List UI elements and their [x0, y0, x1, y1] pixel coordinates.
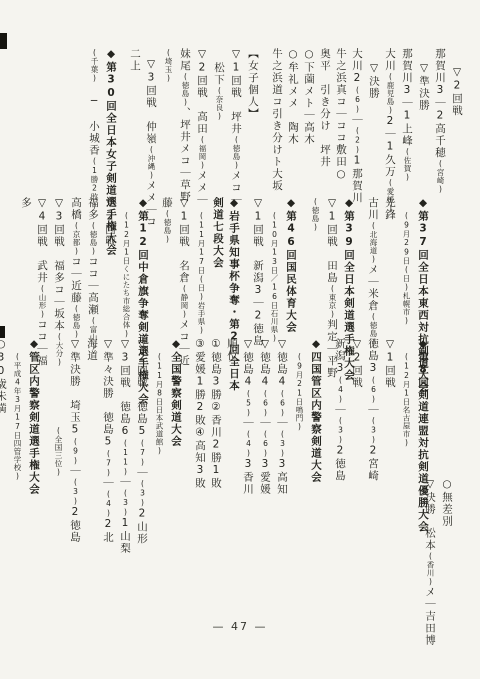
text-run: コ｜近藤	[70, 256, 82, 304]
text-column: 奥平 引き分け 坪井	[317, 48, 332, 198]
text-column: 藤(徳島)	[159, 197, 175, 335]
text-column: 多	[18, 197, 33, 335]
text-column: (埼玉)	[160, 48, 176, 198]
annotation-run: (千葉)	[90, 48, 99, 83]
text-run: ▽徳島4	[276, 338, 288, 389]
text-run: 2山形	[136, 508, 148, 546]
text-run: 多	[20, 197, 32, 209]
text-run: ▽2回戦	[451, 66, 463, 117]
text-run: ｜	[259, 418, 271, 430]
text-column: ○無差別	[439, 478, 454, 618]
text-run: 牛之浜真コ｜ココ敷田○	[335, 48, 347, 182]
text-run: 藤	[161, 197, 173, 209]
text-column: ▽3回戦 福多コ｜坂本(大分)	[51, 197, 67, 335]
text-run: 2徳島	[69, 506, 81, 544]
text-column: 二上	[127, 48, 142, 198]
text-run: 順位	[226, 338, 238, 362]
text-run: ▽1回戦 新潟3｜2徳島	[252, 197, 264, 347]
annotation-run: (全国三位)	[54, 426, 63, 477]
text-run: ▽決勝	[368, 62, 380, 100]
text-run: 3高知	[276, 458, 288, 496]
band-4-open-division: ○無差別▽決勝 松本(香川)メ｜吉田博	[421, 478, 454, 618]
text-run: 2｜1久万	[384, 115, 396, 178]
annotation-run: (3)	[71, 478, 80, 507]
text-column: ▽3回戦 仲嶺(沖縄)メメ｜コ	[143, 58, 159, 198]
text-run: ◆四国管区内警察剣道大会	[310, 338, 322, 484]
text-run: 1山梨	[119, 517, 131, 555]
text-column: 高橋(京都)コ｜近藤(徳島)	[68, 197, 84, 335]
section-header: ◆管区内警察剣道選手権大会	[26, 338, 41, 498]
band-1-team-and-women-individual: ▽2回戦那賀川3｜2高千穂(宮崎)▽準決勝那賀川3｜1上峰(佐賀)大川(鹿児島)…	[85, 48, 464, 198]
text-run: ▽1回戦 田島	[326, 197, 338, 284]
text-run: ○下薗メト｜高木	[303, 48, 315, 146]
text-run: 徳島3	[367, 338, 379, 376]
text-column: 大川2(6)｜(2)1那賀川	[349, 48, 365, 198]
section-header: ◆第37回全日本東西対抗剣道大会	[415, 197, 430, 335]
text-run: ｜	[334, 404, 346, 416]
text-column: 新潟3(4)｜(3)2徳島	[332, 338, 348, 498]
annotation-run: (北海道)	[369, 221, 378, 264]
annotation-run: (6)	[278, 389, 287, 418]
text-run: 剣道七段大会	[212, 197, 224, 269]
text-column: ▽2回戦 徳島5(7)｜(3)2山形	[134, 338, 150, 498]
text-run: ｜	[136, 467, 148, 479]
text-column: ▽決勝	[366, 62, 381, 198]
text-run: メ｜吉田博	[424, 587, 436, 647]
text-run: メ｜米倉	[367, 264, 379, 312]
text-column: (9月29日(日)札幌市)	[398, 211, 414, 335]
text-column: 大川(鹿児島)2｜1久万(愛媛)	[382, 48, 398, 198]
text-run: ◆全国警察剣道大会	[170, 338, 182, 448]
text-run: ▽徳島4	[242, 338, 254, 389]
text-run: ▽2回戦 高田	[196, 48, 208, 135]
text-column: ▽1回戦 新潟3｜2徳島	[250, 197, 265, 335]
text-column: ▽1回戦 田島(東京)判定｜平野	[324, 197, 340, 335]
section-header: ◆第12回中倉旗争奪剣道選手権大会	[135, 197, 150, 335]
annotation-run: (3)	[121, 489, 130, 518]
text-run: ▽1回戦 名倉	[178, 197, 190, 284]
band-3-police-tournaments: ◆第8回剣道連盟対抗剣道優勝大会(12月1日名古屋市)▽1回戦徳島3(6)｜(3…	[0, 338, 430, 498]
text-run: 古川	[367, 197, 379, 221]
annotation-run: (3)	[369, 416, 378, 445]
text-column: 【女子個人】	[245, 48, 260, 198]
text-column: ▽2回戦	[349, 338, 364, 498]
text-run: 牛之浜道コ引き分けト大坂	[271, 48, 283, 192]
text-run: 奥平 引き分け 坪井	[319, 48, 331, 168]
text-column: ①徳島3勝②香川2勝1敗	[208, 338, 223, 498]
annotation-run: (鹿児島)	[386, 72, 395, 115]
text-column: 順位	[224, 338, 239, 498]
annotation-run: (6)	[261, 389, 270, 418]
annotation-run: (宮崎)	[436, 159, 445, 194]
text-run: 3香川	[242, 458, 254, 496]
text-column: ③愛媛1勝2敗④高知3敗	[192, 338, 207, 498]
text-column: 松下(奈良)	[211, 62, 227, 198]
annotation-run: (12月1日くにたち市総合体)	[122, 211, 131, 339]
text-run: ▽3回戦 仲嶺	[145, 58, 157, 145]
section-header: ◆第8回剣道連盟対抗剣道優勝大会	[415, 338, 430, 498]
annotation-run: (平成4年3月17日四管学校)	[13, 352, 22, 481]
text-run: 高橋	[70, 197, 82, 221]
text-column: (10月13日／16日石川県)	[266, 211, 282, 335]
text-run: ▽1回戦	[384, 338, 396, 389]
text-run: ▽2回戦 徳島5	[136, 338, 148, 439]
text-column: ▽1回戦 坪井(徳島)メコ｜	[228, 48, 244, 198]
annotation-run: (9)	[71, 437, 80, 466]
annotation-run: (7)	[104, 449, 113, 478]
text-column: 牛之浜道コ引き分けト大坂	[269, 48, 284, 198]
scan-artifact-top	[0, 33, 7, 49]
annotation-run: (3)	[138, 479, 147, 508]
text-run: ｜	[69, 466, 81, 478]
text-run: ｜	[242, 418, 254, 430]
annotation-run: (6)	[353, 86, 362, 115]
text-column: (9月21日鳴門)	[291, 352, 307, 498]
text-column: 海道	[84, 338, 99, 498]
annotation-run: (10月13日／16日石川県)	[270, 211, 279, 343]
text-run: ○30歳未満	[0, 338, 7, 415]
text-run: 3愛媛	[259, 458, 271, 496]
text-run: ｜	[119, 477, 131, 489]
annotation-run: (奈良)	[215, 86, 224, 121]
text-run: ｜	[351, 114, 363, 126]
annotation-run: (4)	[244, 430, 253, 459]
text-run: ▽準々決勝 徳島5	[102, 338, 114, 449]
text-run: 2徳島	[334, 445, 346, 483]
text-run: 小城香	[88, 121, 100, 157]
text-run: 海道	[86, 338, 98, 362]
annotation-run: (徳島)	[311, 197, 320, 232]
text-run: 那賀川3｜2高千穂	[434, 48, 446, 159]
text-column: 古川(北海道)メ｜米倉(徳島)	[365, 197, 381, 335]
annotation-run: (4)	[104, 490, 113, 519]
annotation-run: (2)	[353, 126, 362, 155]
text-run: ○無差別	[441, 478, 453, 528]
text-column: ▽2回戦 高田(福岡)メメ｜	[194, 48, 210, 198]
annotation-run: (4)	[336, 376, 345, 405]
text-column: 妹尾(徳島)、坪井メコ｜草野	[177, 48, 193, 198]
annotation-run: (5)	[244, 389, 253, 418]
annotation-run: (12月1日名古屋市)	[402, 352, 411, 448]
text-run: 二上	[129, 48, 141, 72]
text-run: ▽4回戦 武井	[36, 197, 48, 284]
annotation-run: (徳島)	[163, 209, 172, 244]
text-run: ◆管区内警察剣道選手権大会	[28, 338, 40, 496]
section-header: ◆第30回全日本女子剣道選手権大会	[103, 48, 118, 198]
scan-artifact-middle	[0, 326, 5, 338]
text-run: 那賀川3｜1上峰	[401, 48, 413, 147]
text-column: ▽2回戦	[102, 197, 117, 335]
text-run: ▽3回戦 徳島6	[119, 338, 131, 439]
annotation-run: (福岡)	[198, 135, 207, 170]
text-column: ▽1回戦 名倉(静岡)メコ｜近	[176, 197, 192, 335]
text-run: ▽2回戦	[104, 197, 116, 248]
text-column: 徳島3(6)｜(3)2宮崎	[365, 338, 381, 498]
annotation-run: (徳島)	[232, 135, 241, 170]
text-run: ③愛媛1勝2敗④高知3敗	[194, 338, 206, 490]
text-column: ▽3回戦 徳島6(11)｜(3)1山梨	[117, 338, 133, 498]
text-column: 福多(徳島)ココ｜高瀬(富山)	[85, 197, 101, 335]
text-run: ココ｜高瀬	[87, 256, 99, 316]
annotation-run: (6)	[369, 376, 378, 405]
text-run: ▽3回戦 福多コ｜坂本	[53, 197, 65, 332]
text-column: ▽徳島4(5)｜(4)3香川	[240, 338, 256, 498]
annotation-run: (徳島)	[72, 304, 81, 339]
text-column: ▽決勝 松本(香川)メ｜吉田博	[422, 478, 438, 618]
section-header: ◆四国管区内警察剣道大会	[308, 338, 323, 498]
text-column: ▽準決勝	[416, 62, 431, 198]
annotation-run: (東京)	[328, 284, 337, 319]
annotation-run: (静岡)	[180, 284, 189, 319]
annotation-run: (11)	[121, 439, 130, 477]
text-run: ▽準決勝	[418, 62, 430, 112]
section-header: ◆全国警察剣道大会	[168, 338, 183, 498]
text-run: ▽準決勝 埼玉5	[69, 338, 81, 437]
annotation-run: (11月17日(日)岩手県)	[197, 211, 206, 335]
text-run: ─	[88, 83, 100, 121]
text-column: 那賀川3｜2高千穂(宮崎)	[432, 48, 448, 198]
text-column: ○下薗メト｜高木	[301, 48, 316, 198]
text-run: ▽決勝 松本	[424, 478, 436, 552]
text-run: 妹尾	[179, 48, 191, 72]
section-header: ◆第46回国民体育大会	[283, 197, 298, 335]
text-column: (11月17日(日)岩手県)	[193, 211, 209, 335]
annotation-run: (佐賀)	[403, 147, 412, 182]
text-run: 2宮崎	[367, 445, 379, 483]
annotation-run: (京都)	[72, 221, 81, 256]
text-run: ▽1回戦 坪井	[230, 48, 242, 135]
text-run: 松下	[213, 62, 225, 86]
text-column: (12月1日名古屋市)	[398, 352, 414, 498]
annotation-run: (11月8日日本武道館)	[155, 352, 164, 456]
text-column: ○牟礼メメ 陶木	[285, 48, 300, 198]
text-column: (平成4年3月17日四管学校)	[9, 352, 25, 498]
text-column: (11月8日日本武道館)	[151, 352, 167, 498]
text-run: ◆第46回国民体育大会	[285, 197, 297, 334]
text-run: ①徳島3勝②香川2勝1敗	[210, 338, 222, 490]
text-run: 大川2	[351, 48, 363, 86]
text-column: ▽準決勝 埼玉5(9)｜(3)2徳島	[67, 338, 83, 498]
text-run: ○牟礼メメ 陶木	[287, 48, 299, 146]
text-run: 【女子個人】	[247, 48, 259, 120]
text-run: ｜	[276, 418, 288, 430]
text-column: ○30歳未満	[0, 338, 8, 498]
annotation-run: (7)	[138, 439, 147, 468]
scanned-document-page: ▽2回戦那賀川3｜2高千穂(宮崎)▽準決勝那賀川3｜1上峰(佐賀)大川(鹿児島)…	[0, 0, 480, 679]
text-column: (全国三位)	[50, 426, 66, 498]
text-run: ▽2回戦	[351, 338, 363, 389]
section-header: ◆第39回全日本剣道選手権大会	[341, 197, 356, 335]
text-column: 那賀川3｜1上峰(佐賀)	[399, 48, 415, 198]
annotation-run: (9月29日(日)札幌市)	[402, 211, 411, 326]
section-header: ◆岩手県知事杯争奪・第2回全日本	[226, 197, 241, 335]
page-number: — 47 —	[0, 620, 480, 633]
annotation-run: (山形)	[38, 284, 47, 319]
text-column: ▽1回戦	[382, 338, 397, 498]
section-header: 剣道七段大会	[210, 197, 225, 335]
annotation-run: (3)	[278, 430, 287, 459]
text-run: 新潟3	[334, 338, 346, 376]
text-run: ｜	[367, 404, 379, 416]
annotation-run: (埼玉)	[164, 48, 173, 83]
annotation-run: (徳島)	[181, 72, 190, 107]
text-column: ▽2回戦	[449, 66, 464, 198]
text-column: ▽徳島4(6)｜(3)3高知	[274, 338, 290, 498]
annotation-run: (9月21日鳴門)	[295, 352, 304, 432]
text-column: 先鋒	[382, 197, 397, 335]
text-run: 福多	[87, 197, 99, 221]
text-column: (12月1日くにたち市総合体)	[118, 211, 134, 335]
text-run: 大川	[384, 48, 396, 72]
text-column: ▽4回戦 武井(山形)ココ｜福	[34, 197, 50, 335]
text-run: 、坪井メコ｜草野	[179, 107, 191, 203]
text-run: ｜	[102, 478, 114, 490]
text-run: ▽徳島4	[259, 338, 271, 389]
text-run: 2北	[102, 518, 114, 544]
annotation-run: (6)	[261, 430, 270, 459]
band-2-national-tournaments: ◆第37回全日本東西対抗剣道大会(9月29日(日)札幌市)先鋒古川(北海道)メ｜…	[17, 197, 430, 335]
text-run: 先鋒	[384, 197, 396, 221]
annotation-run: (3)	[336, 416, 345, 445]
annotation-run: (徳島)	[89, 221, 98, 256]
text-column: (千葉) ─ 小城香(1勝2敗)	[86, 48, 102, 198]
text-column: (徳島)	[307, 197, 323, 335]
annotation-run: (香川)	[426, 552, 435, 587]
annotation-run: (沖縄)	[147, 145, 156, 180]
text-column: ▽徳島4(6)｜(6)3愛媛	[257, 338, 273, 498]
text-column: ▽準々決勝 徳島5(7)｜(4)2北	[100, 338, 116, 498]
text-column: 牛之浜真コ｜ココ敷田○	[333, 48, 348, 198]
